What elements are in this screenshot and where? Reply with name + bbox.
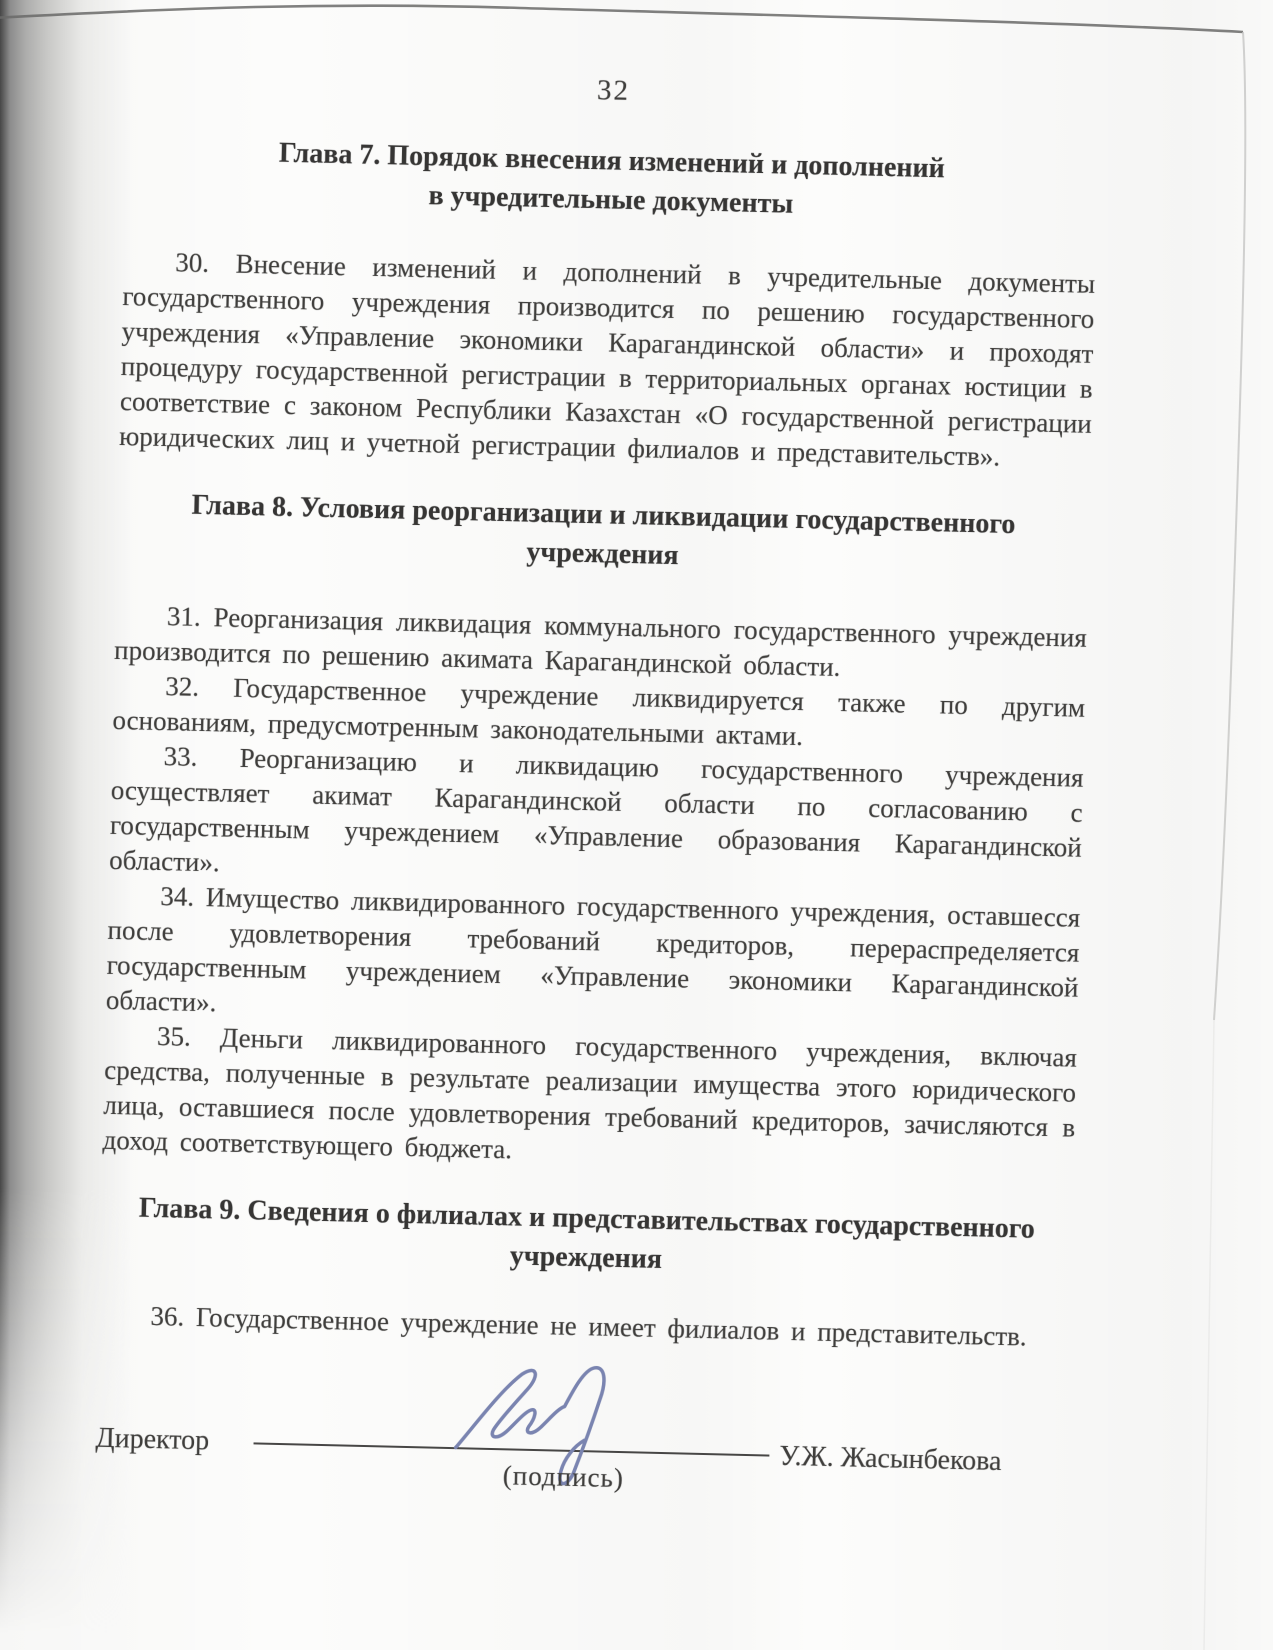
chapter-9-title: Глава 9. Сведения о филиалах и представи… (108, 1188, 1065, 1288)
signature-caption: (подпись) (502, 1460, 624, 1494)
page-right-edge-faded-line (1204, 1020, 1214, 1650)
chapter-7-title: Глава 7. Порядок внесения изменений и до… (271, 133, 953, 227)
page-top-edge-line (0, 6, 1243, 32)
page-right-edge-line (1214, 32, 1245, 1020)
signer-name: У.Ж. Жасынбекова (779, 1441, 1002, 1478)
scanned-document-page: 32 Глава 7. Порядок внесения изменений и… (0, 0, 1273, 1650)
director-label: Директор (95, 1423, 209, 1458)
page-number: 32 (127, 63, 1100, 119)
paragraph-35: 35. Деньги ликвидированного государствен… (102, 1018, 1077, 1181)
paragraph-34: 34. Имущество ликвидированного государст… (106, 878, 1081, 1041)
signature-block: Директор (подпись) У.Ж. Жасынбекова (93, 1367, 1069, 1580)
paragraph-33: 33. Реорганизацию и ликвидацию государст… (109, 738, 1084, 901)
document-body: 32 Глава 7. Порядок внесения изменений и… (93, 63, 1100, 1579)
paragraph-30: 30. Внесение изменений и дополнений в уч… (119, 244, 1096, 477)
chapter-8-title: Глава 8. Условия реорганизации и ликвида… (177, 485, 1029, 583)
